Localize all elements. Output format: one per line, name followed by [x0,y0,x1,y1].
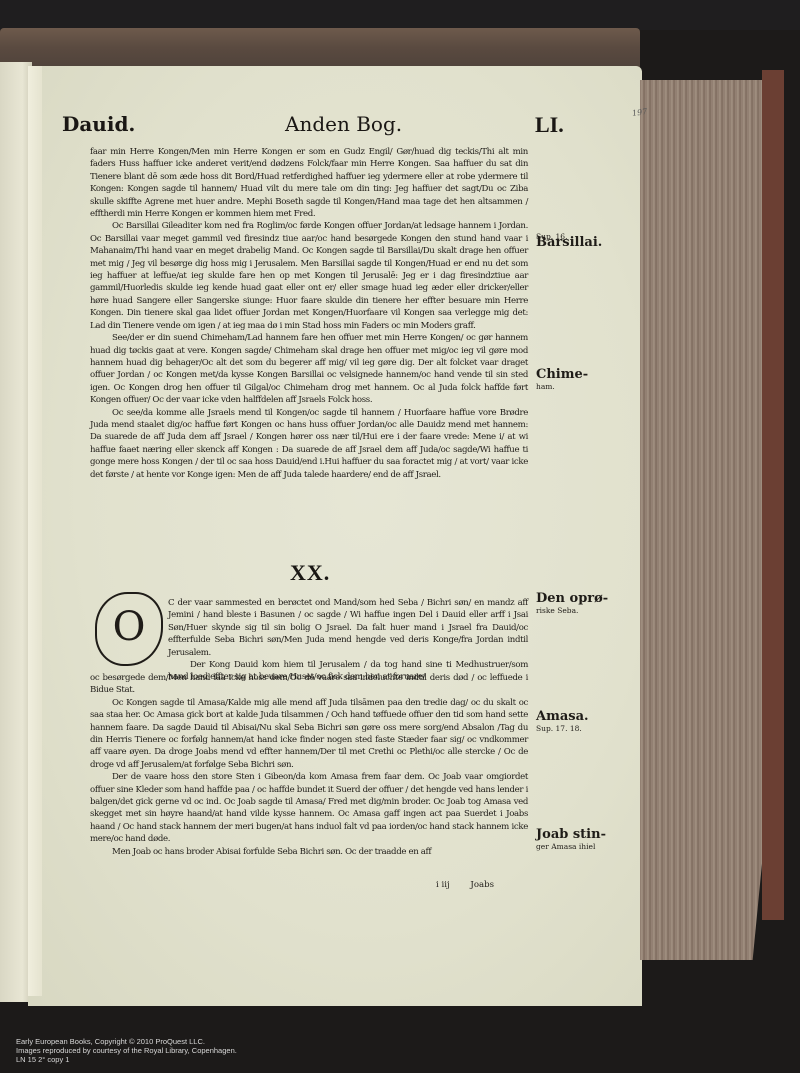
text-block-3: oc besørgede dem/Men hand laa icke hoss … [90,672,528,858]
book-fore-edge [640,80,768,960]
paragraph: Oc see/da komme alle Jsraels mend til Ko… [90,407,528,481]
text-block-2: C der vaar sammested en berøctet ond Man… [168,597,528,684]
paragraph: faar min Herre Kongen/Men min Herre Kong… [90,146,528,220]
catchline: i iij Joabs [436,880,512,890]
paragraph: Der de vaare hoss den store Sten i Gibeo… [90,771,528,845]
background-top [0,0,800,30]
paragraph: C der vaar sammested en berøctet ond Man… [168,597,528,659]
text-block-1: faar min Herre Kongen/Men min Herre Kong… [90,146,528,481]
paragraph: Men Joab oc hans broder Abisai forfulde … [90,846,528,858]
running-head-folio: LI. [535,112,564,138]
paragraph: Oc Barsillai Gileaditer kom ned fra Rogl… [90,220,528,332]
margin-note-chimeham: Chime- ham. [536,368,588,392]
running-head: Dauid. Anden Bog. LI. [60,112,580,142]
margin-note-amasa: Amasa. Sup. 17. 18. [536,710,589,734]
page-gutter [28,66,42,996]
caption-line: Early European Books, Copyright © 2010 P… [16,1037,237,1046]
signature-mark: i iij [436,880,450,890]
paragraph: Oc Kongen sagde til Amasa/Kalde mig alle… [90,697,528,771]
margin-note-joab: Joab stin- ger Amasa ihiel [536,828,606,852]
copyright-caption: Early European Books, Copyright © 2010 P… [16,1037,237,1064]
caption-line: LN 15 2° copy 1 [16,1055,237,1064]
book-board [762,70,784,920]
running-head-left: Dauid. [62,112,135,136]
caption-line: Images reproduced by courtesy of the Roy… [16,1046,237,1055]
chapter-number: XX. [290,560,330,586]
margin-note-barsillai: Barsillai. [536,236,602,250]
margin-note-seba: Den oprø- riske Seba. [536,592,608,616]
paragraph: oc besørgede dem/Men hand laa icke hoss … [90,672,528,697]
paragraph: See/der er din suend Chimeham/Lad hannem… [90,332,528,406]
running-head-center: Anden Bog. [285,112,402,136]
catchword: Joabs [470,880,494,890]
